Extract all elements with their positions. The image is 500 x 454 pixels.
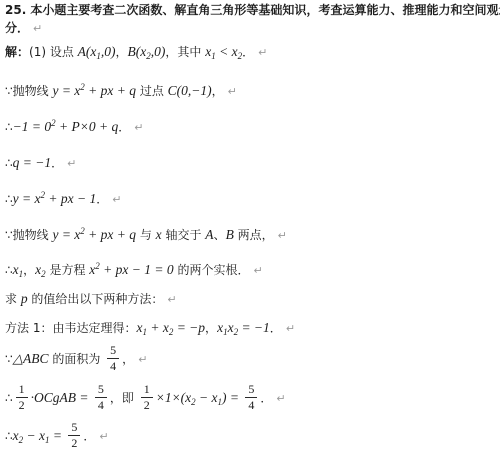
text-run: 的两个实根． (174, 263, 250, 277)
paragraph-return-icon: ↵ (276, 392, 285, 405)
math-run: = −1 (238, 320, 270, 335)
fraction: 12 (16, 383, 28, 412)
fraction-numerator: 5 (107, 344, 119, 359)
step-equation: ∴y = x2 + px − 1．↵ (5, 190, 121, 208)
fraction-numerator: 1 (141, 383, 153, 398)
math-run: y = x (52, 227, 80, 242)
text-run: ， (116, 45, 128, 59)
text-run: ∵ (5, 352, 13, 366)
math-run: ,0) (101, 44, 116, 59)
paragraph-return-icon: ↵ (33, 22, 42, 35)
math-run: < x (216, 44, 238, 59)
text-run: 的面积为 (49, 352, 105, 366)
fraction-numerator: 5 (95, 383, 107, 398)
text-run: 方法 1：由韦达定理得： (5, 321, 136, 335)
text-run: 过点 (136, 84, 168, 98)
paragraph-return-icon: ↵ (258, 46, 267, 59)
method-1-vieta: 方法 1：由韦达定理得：x1 + x2 = −p，x1x2 = −1．↵ (5, 320, 295, 338)
fraction: 12 (141, 383, 153, 412)
text-run: ． (51, 156, 63, 170)
paragraph-return-icon: ↵ (278, 229, 287, 242)
text-run: ∴ (5, 120, 13, 134)
text-run: ， (23, 263, 35, 277)
step-roots: ∴x1，x2 是方程 x2 + px − 1 = 0 的两个实根．↵ (5, 261, 263, 280)
problem-statement-line-1: 25. 本小题主要考查二次函数、解直角三角形等基础知识，考查运算能力、推理能力和… (5, 3, 500, 18)
step-area-equation: ∴12·OCgAB = 54，即 12×1×(x2 − x1) = 54．↵ (5, 384, 286, 413)
step-triangle-area: ∵△ABC 的面积为 54，↵ (5, 345, 147, 374)
solution-step-setup: 解：(1) 设点 A(x1,0)，B(x2,0)，其中 x1 < x2．↵ (5, 44, 267, 62)
text-run: 是方程 (46, 263, 90, 277)
fraction: 54 (245, 383, 257, 412)
math-run: = (50, 428, 66, 443)
text-run: 轴交于 (162, 228, 206, 242)
text-run: 与 (136, 228, 156, 242)
math-run: y = x (52, 83, 80, 98)
math-run: + x (147, 320, 169, 335)
math-run: ,0) (151, 44, 166, 59)
text-run: 两点， (234, 228, 274, 242)
step-two-methods: 求 p 的值给出以下两种方法：↵ (5, 291, 177, 308)
text-run: ． (260, 391, 272, 405)
fraction-denominator: 4 (107, 359, 119, 373)
paragraph-return-icon: ↵ (112, 193, 121, 206)
fraction-numerator: 5 (68, 421, 80, 436)
math-run: − x (196, 390, 218, 405)
fraction-numerator: 5 (245, 383, 257, 398)
math-run: B(x (128, 44, 147, 59)
text-run: ，即 (110, 391, 138, 405)
text-run: 、 (214, 228, 226, 242)
text-run: ∴ (5, 263, 13, 277)
text-run: ∴ (5, 391, 13, 405)
math-run: −1 = 0 (13, 119, 51, 134)
fraction-denominator: 2 (16, 398, 28, 412)
text-run: ． (83, 429, 95, 443)
step-parabola-through-c: ∵抛物线 y = x2 + px + q 过点 C(0,−1)，↵ (5, 82, 237, 100)
paragraph-return-icon: ↵ (67, 157, 76, 170)
step-substitute: ∴−1 = 02 + P×0 + q．↵ (5, 118, 143, 136)
paragraph-return-icon: ↵ (167, 293, 176, 306)
text-run: 的值给出以下两种方法： (28, 292, 164, 306)
math-run: − x (23, 428, 45, 443)
fraction-numerator: 1 (16, 383, 28, 398)
fraction-denominator: 2 (68, 436, 80, 450)
fraction-denominator: 4 (95, 398, 107, 412)
text-run: (1) 设点 (29, 45, 78, 59)
text-run: ， (122, 352, 134, 366)
paragraph-return-icon: ↵ (253, 264, 262, 277)
text-run: ． (118, 120, 130, 134)
step-root-difference: ∴x2 − x1 = 52．↵ (5, 422, 109, 451)
text-run: ． (242, 45, 254, 59)
math-run: + px − 1 (45, 191, 96, 206)
text-run: 求 (5, 292, 21, 306)
text-run: ∴ (5, 192, 13, 206)
text-run: 分． (5, 21, 29, 35)
math-run: A (205, 227, 213, 242)
math-run: p (21, 291, 28, 306)
math-run: C(0,−1) (168, 83, 212, 98)
paragraph-return-icon: ↵ (228, 85, 237, 98)
math-run: + px + q (85, 227, 136, 242)
step-q-value: ∴q = −1．↵ (5, 155, 76, 172)
fraction: 54 (107, 344, 119, 373)
math-run: ·OCgAB = (31, 390, 92, 405)
math-run: △ABC (13, 351, 49, 366)
text-run: ． (96, 192, 108, 206)
math-run: = −p (173, 320, 205, 335)
math-run: + px − 1 = 0 (100, 262, 174, 277)
text-run: ∴ (5, 429, 13, 443)
paragraph-return-icon: ↵ (286, 322, 295, 335)
math-run: y = x (13, 191, 41, 206)
bold-text-run: 解： (5, 45, 29, 59)
paragraph-return-icon: ↵ (134, 121, 143, 134)
text-run: ， (205, 321, 217, 335)
fraction: 52 (68, 421, 80, 450)
fraction-denominator: 4 (245, 398, 257, 412)
text-run: 25. 本小题主要考查二次函数、解直角三角形等基础知识，考查运算能力、推理能力和… (5, 3, 500, 17)
math-run: + px + q (85, 83, 136, 98)
math-solution-document: 25. 本小题主要考查二次函数、解直角三角形等基础知识，考查运算能力、推理能力和… (0, 0, 500, 454)
text-run: ． (270, 321, 282, 335)
paragraph-return-icon: ↵ (138, 353, 147, 366)
text-run: ∵抛物线 (5, 84, 52, 98)
text-run: ∵抛物线 (5, 228, 52, 242)
math-run: ) = (222, 390, 242, 405)
math-run: q = −1 (13, 155, 51, 170)
math-run: B (226, 227, 234, 242)
math-run: ×1×(x (156, 390, 191, 405)
step-intersect-x-axis: ∵抛物线 y = x2 + px + q 与 x 轴交于 A、B 两点，↵ (5, 226, 287, 244)
paragraph-return-icon: ↵ (99, 430, 108, 443)
fraction-denominator: 2 (141, 398, 153, 412)
math-run: A(x (78, 44, 97, 59)
math-run: + P×0 + q (56, 119, 119, 134)
text-run: ∴ (5, 156, 13, 170)
text-run: ，其中 (165, 45, 205, 59)
problem-statement-line-2: 分．↵ (5, 21, 42, 36)
fraction: 54 (95, 383, 107, 412)
text-run: ， (212, 84, 224, 98)
